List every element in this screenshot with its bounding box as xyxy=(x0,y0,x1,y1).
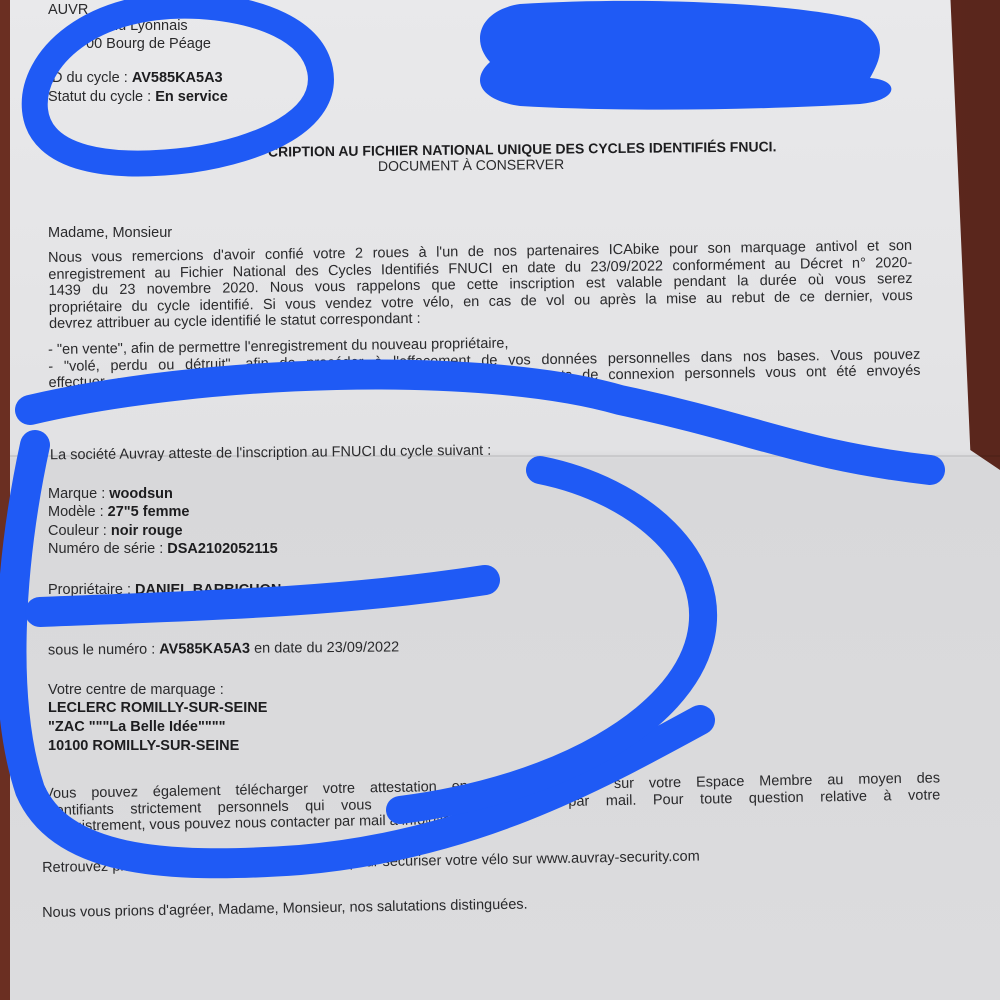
cycle-id-value: AV585KA5A3 xyxy=(132,70,223,86)
bike-model-label: Modèle : xyxy=(48,504,108,520)
bike-model-line: Modèle : 27"5 femme xyxy=(48,504,190,522)
marking-center-address: "ZAC """La Belle Idée"""" xyxy=(48,719,225,737)
registration-number-value: AV585KA5A3 xyxy=(159,641,250,658)
bike-brand-label: Marque : xyxy=(48,486,109,502)
bike-color-line: Couleur : noir rouge xyxy=(48,523,183,541)
salutation: Madame, Monsieur xyxy=(48,225,172,243)
bike-serial-line: Numéro de série : DSA2102052115 xyxy=(48,541,278,559)
marking-center-city: 10100 ROMILLY-SUR-SEINE xyxy=(48,738,239,756)
bike-serial-label: Numéro de série : xyxy=(48,541,167,557)
bike-serial-value: DSA2102052115 xyxy=(167,541,277,557)
cycle-id-label: ID du cycle : xyxy=(48,70,132,86)
sender-city: 00 Bourg de Péage xyxy=(86,36,211,54)
bike-color-label: Couleur : xyxy=(48,523,111,539)
registration-date-label: en date du xyxy=(250,640,327,657)
bike-brand-line: Marque : woodsun xyxy=(48,486,173,504)
bike-owner-line: Propriétaire : DANIEL BARBICHON xyxy=(48,582,281,600)
bike-model-value: 27"5 femme xyxy=(108,504,190,520)
marking-center-name: LECLERC ROMILLY-SUR-SEINE xyxy=(48,700,267,718)
cycle-status-line: Statut du cycle : En service xyxy=(48,89,228,107)
registration-number-label: sous le numéro : xyxy=(48,642,159,659)
registration-date-value: 23/09/2022 xyxy=(327,639,400,656)
bike-color-value: noir rouge xyxy=(111,523,183,539)
bike-owner-value: DANIEL BARBICHON xyxy=(135,582,281,598)
sender-street: du Lyonnais xyxy=(110,18,188,36)
cycle-status-label: Statut du cycle : xyxy=(48,89,155,105)
cycle-status-value: En service xyxy=(155,89,228,105)
registration-line: sous le numéro : AV585KA5A3 en date du 2… xyxy=(48,639,399,660)
cycle-id-line: ID du cycle : AV585KA5A3 xyxy=(48,70,223,88)
document-subtitle: DOCUMENT À CONSERVER xyxy=(378,156,564,175)
bike-owner-label: Propriétaire : xyxy=(48,582,135,598)
sender-name: AUVR xyxy=(48,2,88,20)
marking-center-label: Votre centre de marquage : xyxy=(48,682,224,700)
status-list: - "en vente", afin de permettre l'enregi… xyxy=(48,330,921,408)
intro-paragraph: Nous vous remercions d'avoir confié votr… xyxy=(48,238,913,333)
bike-brand-value: woodsun xyxy=(109,486,173,502)
